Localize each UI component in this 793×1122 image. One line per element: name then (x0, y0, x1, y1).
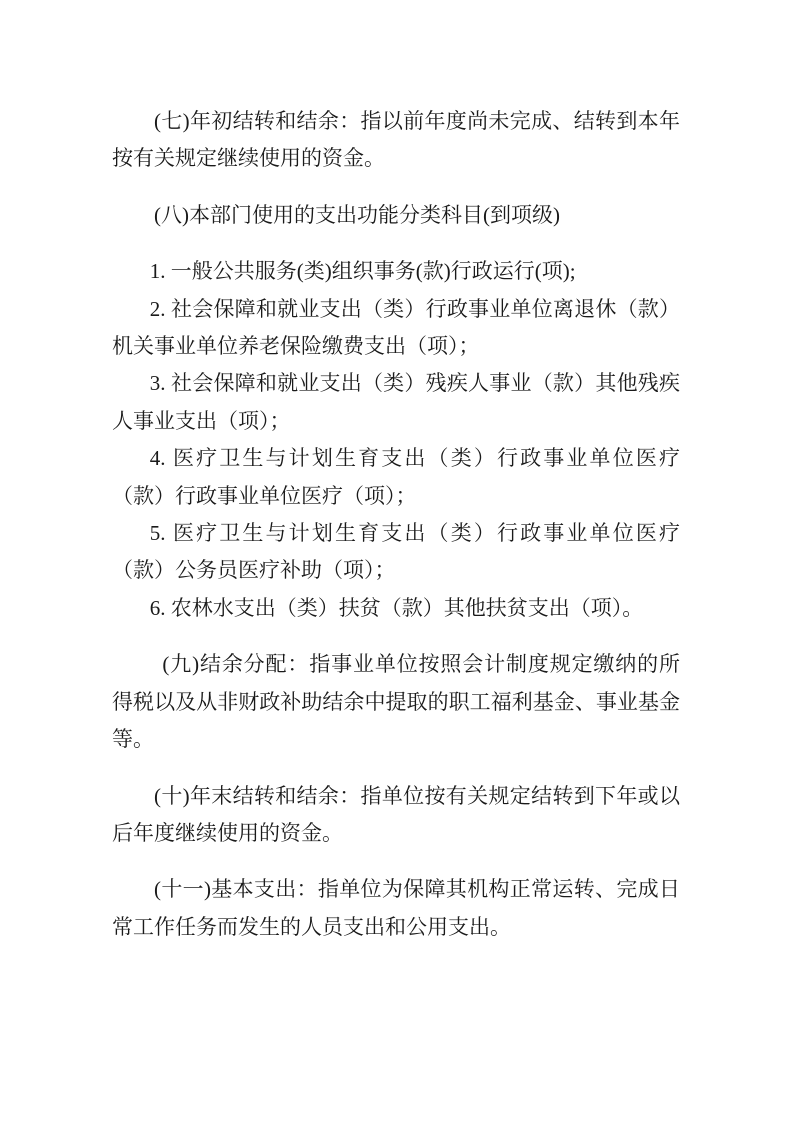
document-page: (七)年初结转和结余：指以前年度尚未完成、结转到本年按有关规定继续使用的资金。 … (0, 0, 793, 1122)
list-item-3: 3. 社会保障和就业支出（类）残疾人事业（款）其他残疾人事业支出（项）； (112, 365, 680, 440)
paragraph-term-8: (八)本部门使用的支出功能分类科目(到项级) (112, 197, 680, 234)
document-body-text: (七)年初结转和结余：指以前年度尚未完成、结转到本年按有关规定继续使用的资金。 … (112, 103, 680, 946)
list-item-5: 5. 医疗卫生与计划生育支出（类）行政事业单位医疗（款）公务员医疗补助（项）； (112, 515, 680, 590)
paragraph-term-11: (十一)基本支出：指单位为保障其机构正常运转、完成日常工作任务而发生的人员支出和… (112, 871, 680, 946)
list-item-1: 1. 一般公共服务(类)组织事务(款)行政运行(项); (112, 253, 680, 290)
list-item-2: 2. 社会保障和就业支出（类）行政事业单位离退休（款）机关事业单位养老保险缴费支… (112, 291, 680, 366)
paragraph-term-7: (七)年初结转和结余：指以前年度尚未完成、结转到本年按有关规定继续使用的资金。 (112, 103, 680, 178)
paragraph-term-10: (十)年末结转和结余：指单位按有关规定结转到下年或以后年度继续使用的资金。 (112, 778, 680, 853)
list-item-4: 4. 医疗卫生与计划生育支出（类）行政事业单位医疗（款）行政事业单位医疗（项）； (112, 440, 680, 515)
list-item-6: 6. 农林水支出（类）扶贫（款）其他扶贫支出（项）。 (112, 590, 680, 627)
paragraph-term-9: (九)结余分配：指事业单位按照会计制度规定缴纳的所得税以及从非财政补助结余中提取… (112, 646, 680, 758)
